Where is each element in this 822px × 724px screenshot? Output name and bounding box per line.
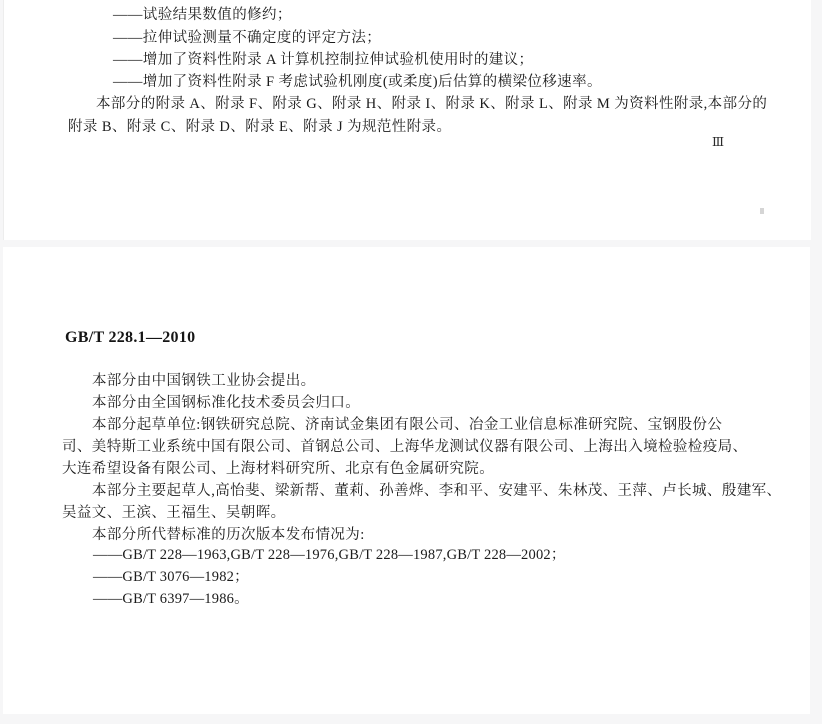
text-line: 大连希望设备有限公司、上海材料研究所、北京有色金属研究院。 xyxy=(62,461,494,477)
text-line: ——GB/T 6397—1986。 xyxy=(93,591,249,607)
standard-number-heading: GB/T 228.1—2010 xyxy=(65,329,195,347)
text-line: 本部分起草单位:钢铁研究总院、济南试金集团有限公司、冶金工业信息标准研究院、宝钢… xyxy=(92,417,722,433)
text-line: ——GB/T 228—1963,GB/T 228—1976,GB/T 228—1… xyxy=(93,547,566,563)
text-line: ——试验结果数值的修约； xyxy=(113,7,292,23)
text-line: 本部分由中国钢铁工业协会提出。 xyxy=(92,373,316,389)
text-line: ——增加了资料性附录 F 考虑试验机刚度(或柔度)后估算的横梁位移速率。 xyxy=(113,74,602,90)
document-page-1: ——试验结果数值的修约； ——拉伸试验测量不确定度的评定方法； ——增加了资料性… xyxy=(3,0,811,240)
text-line: 司、美特斯工业系统中国有限公司、首钢总公司、上海华龙测试仪器有限公司、上海出入境… xyxy=(62,439,747,455)
text-line: 吴益文、王滨、王福生、吴朝晖。 xyxy=(62,505,286,521)
text-line: ——增加了资料性附录 A 计算机控制拉伸试验机使用时的建议； xyxy=(113,52,533,68)
text-line: 本部分由全国钢标准化技术委员会归口。 xyxy=(92,395,360,411)
text-line: ——拉伸试验测量不确定度的评定方法； xyxy=(113,30,381,46)
scan-noise-speck xyxy=(760,208,764,214)
page-number: Ⅲ xyxy=(712,134,724,150)
pdf-viewer[interactable]: ——试验结果数值的修约； ——拉伸试验测量不确定度的评定方法； ——增加了资料性… xyxy=(0,0,822,724)
text-line: 本部分所代替标准的历次版本发布情况为: xyxy=(92,527,365,543)
text-line: 附录 B、附录 C、附录 D、附录 E、附录 J 为规范性附录。 xyxy=(68,119,451,135)
text-line: 本部分主要起草人,高怡斐、梁新帮、董莉、孙善烨、李和平、安建平、朱林茂、王萍、卢… xyxy=(92,483,781,499)
text-line: ——GB/T 3076—1982； xyxy=(93,569,249,585)
document-page-2: GB/T 228.1—2010 本部分由中国钢铁工业协会提出。 本部分由全国钢标… xyxy=(3,247,810,714)
text-line: 本部分的附录 A、附录 F、附录 G、附录 H、附录 I、附录 K、附录 L、附… xyxy=(96,96,767,112)
